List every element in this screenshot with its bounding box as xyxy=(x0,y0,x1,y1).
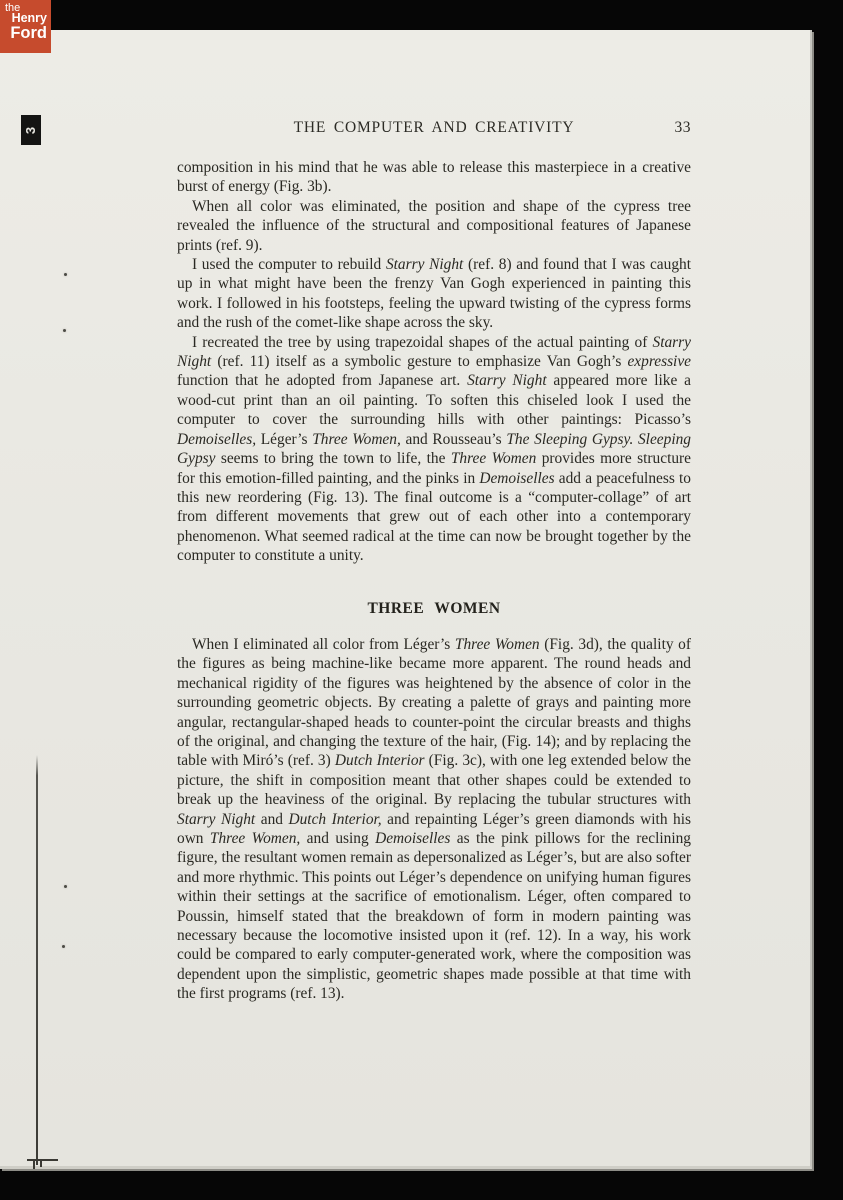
scan-speck xyxy=(62,945,65,948)
section-paragraphs: When I eliminated all color from Léger’s… xyxy=(177,635,691,1004)
text-column: THE COMPUTER AND CREATIVITY 33 compositi… xyxy=(177,118,691,1004)
scan-speck xyxy=(64,885,67,888)
intro-paragraphs: composition in his mind that he was able… xyxy=(177,158,691,566)
logo-word-ford: Ford xyxy=(10,25,47,42)
paragraph: When I eliminated all color from Léger’s… xyxy=(177,635,691,1004)
paragraph: I recreated the tree by using trapezoida… xyxy=(177,333,691,566)
page-number: 33 xyxy=(675,118,692,137)
gutter-binding-line xyxy=(36,755,38,1165)
registration-tick-vertical xyxy=(33,1160,35,1169)
paragraph: When all color was eliminated, the posit… xyxy=(177,197,691,255)
scan-speck xyxy=(63,329,66,332)
body-text: composition in his mind that he was able… xyxy=(177,158,691,1004)
running-header: THE COMPUTER AND CREATIVITY 33 xyxy=(177,118,691,137)
registration-tick-vertical xyxy=(40,1160,42,1167)
spine-chapter-tab: 3 xyxy=(21,115,41,145)
book-page-scan: THE COMPUTER AND CREATIVITY 33 compositi… xyxy=(0,30,812,1169)
section-heading: THREE WOMEN xyxy=(177,599,691,618)
running-title: THE COMPUTER AND CREATIVITY xyxy=(294,119,575,136)
paragraph: I used the computer to rebuild Starry Ni… xyxy=(177,255,691,333)
henry-ford-logo: the Henry Ford xyxy=(0,0,51,53)
scan-speck xyxy=(64,273,67,276)
paragraph: composition in his mind that he was able… xyxy=(177,158,691,197)
registration-tick-horizontal xyxy=(27,1159,58,1161)
spine-chapter-number: 3 xyxy=(23,126,38,133)
